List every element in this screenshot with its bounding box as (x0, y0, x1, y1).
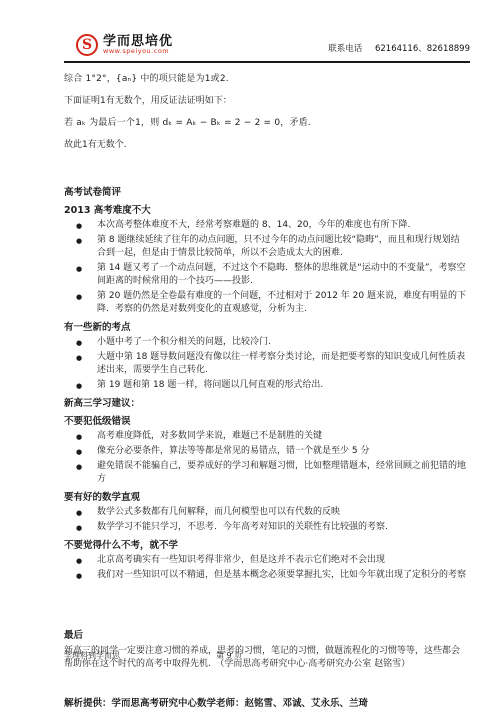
bullet-item: 数学学习不能只学习，不思考．今年高考对知识的关联性有比较强的考察. (64, 521, 466, 534)
speiyou-logo-icon: S (76, 34, 98, 56)
dont-skip-bullet-list: 北京高考确实有一些知识考得非常少，但是这并不表示它们绝对不会出现 我们对一些知识… (64, 554, 466, 582)
contact-label: 联系电话 (328, 44, 362, 54)
intuition-bullet-list: 数学公式多数都有几何解释，而几何模型也可以有代数的反映 数学学习不能只学习，不思… (64, 506, 466, 534)
bullet-item: 大题中第 18 题导数问题没有像以往一样考察分类讨论，而是把要考察的知识变成几何… (64, 351, 466, 377)
contact-info: 联系电话 62164116、82618899 (328, 42, 470, 56)
proof-line: 故此1有无数个. (64, 139, 466, 152)
document-page: S 学而思培优 www.speiyou.com 联系电话 62164116、82… (0, 0, 500, 723)
section-heading-dont-skip: 不要觉得什么不考，就不学 (64, 539, 466, 552)
brand-website: www.speiyou.com (103, 48, 173, 55)
section-heading-advice: 新高三学习建议： (64, 397, 466, 410)
proof-line: 下面证明1有无数个，用反证法证明如下： (64, 95, 466, 108)
page-header: S 学而思培优 www.speiyou.com 联系电话 62164116、82… (0, 0, 500, 63)
section-heading-intuition: 要有好的数学直观 (64, 491, 466, 504)
page-number: 第 9 页 (216, 650, 242, 661)
contact-numbers: 62164116、82618899 (375, 44, 470, 54)
bullet-item: 我们对一些知识可以不精通，但是基本概念必须要掌握扎实，比如今年就出现了定积分的考… (64, 569, 466, 582)
brand-name: 学而思培优 (103, 35, 173, 49)
section-heading-difficulty: 2013 高考难度不大 (64, 204, 466, 217)
bullet-item: 小题中考了一个积分相关的问题，比较冷门. (64, 336, 466, 349)
page-footer: 学理科到学而思 第 9 页 (64, 650, 466, 661)
bullet-item: 数学公式多数都有几何解释，而几何模型也可以有代数的反映 (64, 506, 466, 519)
bullet-item: 第 20 题仍然是全卷最有难度的一个问题，不过相对于 2012 年 20 题来说… (64, 290, 466, 316)
footer-slogan: 学理科到学而思 (64, 650, 120, 661)
bullet-item: 本次高考整体难度不大，经常考察难题的 8、14、20，今年的难度也有所下降. (64, 219, 466, 232)
bullet-item: 高考难度降低，对多数同学来说，难题已不是制胜的关键 (64, 430, 466, 443)
review-bullet-list: 本次高考整体难度不大，经常考察难题的 8、14、20，今年的难度也有所下降. 第… (64, 219, 466, 316)
bullet-item: 避免错误不能骗自己，要养成好的学习和解题习惯，比如整理错题本，经常回顾之前犯错的… (64, 460, 466, 486)
bullet-item: 北京高考确实有一些知识考得非常少，但是这并不表示它们绝对不会出现 (64, 554, 466, 567)
section-heading-mistakes: 不要犯低级错误 (64, 415, 466, 428)
speiyou-logo: S 学而思培优 www.speiyou.com (76, 34, 173, 56)
bullet-item: 第 19 题和第 18 题一样，将问题以几何直观的形式给出. (64, 379, 466, 392)
section-heading-new-points: 有一些新的考点 (64, 321, 466, 334)
document-body: 综合 1°2°，{aₙ} 中的项只能是为1或2. 下面证明1有无数个，用反证法证… (0, 63, 500, 710)
proof-line: 综合 1°2°，{aₙ} 中的项只能是为1或2. (64, 73, 466, 86)
bullet-item: 第 8 题继续延续了往年的动点问题，只不过今年的动点问题比较“隐晦”，而且和现行… (64, 234, 466, 260)
bullet-item: 像充分必要条件，算法等等都是常见的易错点，错一个就是至少 5 分 (64, 445, 466, 458)
bullet-item: 第 14 题又考了一个动点问题，不过这个不隐晦．整体的思维就是“运动中的不变量”… (64, 262, 466, 288)
new-points-bullet-list: 小题中考了一个积分相关的问题，比较冷门. 大题中第 18 题导数问题没有像以往一… (64, 336, 466, 392)
credits-line: 解析提供：学而思高考研究中心数学老师：赵铭雪、邓诚、艾永乐、兰琦 (64, 697, 466, 710)
section-heading-final: 最后 (64, 629, 466, 642)
mistakes-bullet-list: 高考难度降低，对多数同学来说，难题已不是制胜的关键 像充分必要条件，算法等等都是… (64, 430, 466, 486)
section-heading-review: 高考试卷简评 (64, 186, 466, 199)
proof-line: 若 aₖ 为最后一个1，则 dₖ = Aₖ − Bₖ = 2 − 2 = 0，矛… (64, 117, 466, 130)
